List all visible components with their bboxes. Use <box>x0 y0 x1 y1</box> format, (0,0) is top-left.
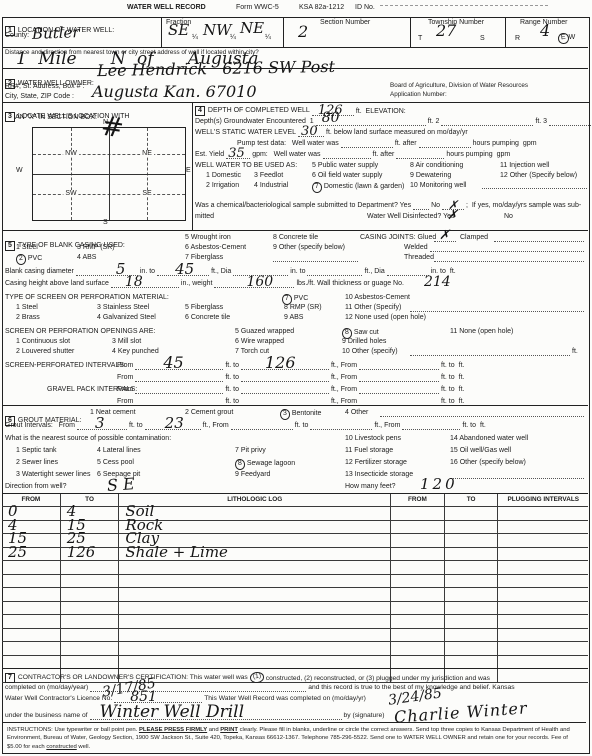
ft-from-label: ft., From <box>331 386 357 394</box>
option-contam-other: 16 Other (specify below) <box>450 459 526 467</box>
option-number: 3 <box>77 244 81 252</box>
table-row: 25126Shale + Lime <box>2 548 588 562</box>
table-cell <box>2 642 61 655</box>
gauge-number-handwritten: 214 <box>424 275 451 289</box>
table-cell <box>119 561 391 574</box>
option-livestock-pens: 10 Livestock pens <box>345 435 401 443</box>
table-cell: 126 <box>61 548 120 561</box>
blank-line <box>359 362 439 370</box>
quarter-symbol: ¼ <box>192 34 198 42</box>
table-cell <box>61 602 120 615</box>
completed-on-label: completed on (mo/day/year) <box>5 684 88 692</box>
option-number: 4 <box>97 447 101 455</box>
blank-line <box>387 268 429 276</box>
table-cell: 25 <box>2 548 61 561</box>
option-none-used-open-hole: 12 None used (open hole) <box>345 314 426 322</box>
option-number: 4 <box>112 348 116 356</box>
disinfected-no-label: No <box>504 213 513 221</box>
option-screen-rmp: 8 RMP (SR) <box>284 304 322 312</box>
option-number: 2 <box>16 459 20 467</box>
blank-line <box>310 422 372 430</box>
quadrant-nw-label: NW <box>63 150 79 157</box>
option-number: 1 <box>16 244 20 252</box>
compass-east-label: E <box>186 167 191 175</box>
disinfected-x-mark-handwritten: ✗ <box>447 209 458 222</box>
lithologic-table: FROMTOLITHOLOGIC LOGFROMTOPLUGGING INTER… <box>2 493 588 683</box>
water-well-record-form: WATER WELL RECORD Form WWC-5 KSA 82a-121… <box>0 0 592 756</box>
glued-blank <box>434 241 456 242</box>
direction-from-well-label: Direction from well? <box>5 483 66 491</box>
static-water-level-handwritten: 30 <box>301 125 318 138</box>
constructed-emphasis: constructed <box>46 744 76 750</box>
option-number: 4 <box>97 314 101 322</box>
from-label: From <box>117 386 133 394</box>
option-irrigation: 2 Irrigation <box>206 182 239 190</box>
table-header-row: FROMTOLITHOLOGIC LOGFROMTOPLUGGING INTER… <box>2 494 588 507</box>
quadrant-se-label: SE <box>140 190 153 197</box>
direction-handwritten: S E <box>106 476 135 494</box>
owner-name-handwritten: Lee Hendrick 6216 SW Post <box>97 59 335 79</box>
in-to-label: in. to <box>290 268 305 276</box>
section-number-handwritten: 2 <box>298 24 308 40</box>
option-number: 7 <box>235 348 239 356</box>
ft-after-label: ft. after <box>395 140 417 148</box>
option-number: 6 <box>235 338 239 346</box>
option-number: 8 <box>410 162 414 170</box>
option-stainless-steel: 3 Stainless Steel <box>97 304 149 312</box>
table-cell <box>391 507 445 520</box>
table-cell <box>498 575 588 588</box>
option-number: 6 <box>185 244 189 252</box>
no-label: No <box>431 202 440 210</box>
grout-other-blank <box>380 416 584 417</box>
screen-interval-to-handwritten: 126 <box>265 355 296 371</box>
range-prefix: R <box>515 35 520 43</box>
option-steel: 1 Steel <box>16 244 38 252</box>
table-cell <box>119 588 391 601</box>
option-air-conditioning: 8 Air conditioning <box>410 162 463 170</box>
option-number: 4 <box>77 254 81 262</box>
ft-to-label: ft. to <box>225 374 239 382</box>
option-openings-other: 10 Other (specify) <box>342 348 398 356</box>
ft-to-label: ft. to <box>129 422 143 430</box>
option-continuous-slot: 1 Continuous slot <box>16 338 70 346</box>
table-row <box>2 615 588 629</box>
divider <box>505 17 506 47</box>
table-cell <box>2 656 61 669</box>
table-cell <box>445 588 499 601</box>
option-monitoring-well: 10 Monitoring well <box>410 182 466 190</box>
clamped-label: Clamped <box>460 234 488 242</box>
option-number: 2 <box>16 348 20 356</box>
screen-other-blank <box>410 311 584 312</box>
other-casing-blank <box>273 261 358 262</box>
table-cell <box>391 629 445 642</box>
table-cell <box>445 575 499 588</box>
option-number: 12 <box>345 314 353 322</box>
table-cell <box>61 615 120 628</box>
fraction-2-handwritten: NW <box>203 23 232 38</box>
business-name-label: under the business name of <box>5 712 88 720</box>
gpm-label: gpm <box>523 140 537 148</box>
option-number: 1 <box>16 338 20 346</box>
option-screen-other: 11 Other (Specify) <box>345 304 401 312</box>
well-water-use-label: WELL WATER TO BE USED AS: <box>195 162 297 170</box>
table-cell <box>445 656 499 669</box>
option-number: 7 <box>235 447 239 455</box>
option-key-punched: 4 Key punched <box>112 348 159 356</box>
blank-line <box>482 188 587 189</box>
option-sewage-lagoon-circled: 8 Sewage lagoon <box>235 459 295 470</box>
option-watertight-sewer-lines: 3 Watertight sewer lines <box>16 471 90 479</box>
option-cess-pool: 5 Cess pool <box>97 459 134 467</box>
option-screen-asbestos-cement: 10 Asbestos-Cement <box>345 294 410 302</box>
option-rmp-sr: 3 RMP (SR) <box>77 244 115 252</box>
casing-section: 5TYPE OF BLANK CASING USED: 5 Wrought ir… <box>2 230 588 406</box>
casing-height-label: Casing height above land surface <box>5 280 109 288</box>
table-cell <box>2 602 61 615</box>
ft-from-label: ft., From <box>331 362 357 370</box>
blank-line <box>323 151 371 159</box>
table-row <box>2 642 588 656</box>
option-number: 3 <box>254 172 258 180</box>
option-number: 1 <box>16 304 20 312</box>
option-number: 12 <box>500 172 508 180</box>
table-cell <box>119 656 391 669</box>
option-number-circled: 3 <box>280 409 291 421</box>
option-number: 16 <box>450 459 458 467</box>
option-number: 8 <box>273 234 277 242</box>
threaded-label: Threaded <box>404 254 434 262</box>
option-number: 11 <box>500 162 507 170</box>
ft-label: ft. <box>459 374 465 382</box>
option-industrial: 4 Industrial <box>254 182 288 190</box>
option-number: 11 <box>345 304 352 312</box>
ft-label: ft. <box>459 362 465 370</box>
option-drilled-holes: 9 Drilled holes <box>342 338 386 346</box>
option-number: 2 <box>206 182 210 190</box>
township-suffix: S <box>480 35 485 43</box>
option-number: 3 <box>16 471 20 479</box>
option-number: 12 <box>345 459 353 467</box>
blank-line <box>241 386 329 394</box>
option-number: 6 <box>312 172 316 180</box>
table-cell <box>61 629 120 642</box>
yes-blank <box>413 202 429 210</box>
table-cell <box>61 656 120 669</box>
range-west: W <box>569 34 576 41</box>
threaded-blank <box>434 261 584 262</box>
option-pvc-circled: 2 PVC <box>16 254 42 265</box>
blank-line <box>419 140 471 148</box>
ft-to-label: ft. to <box>225 386 239 394</box>
township-value-handwritten: 27 <box>436 23 456 39</box>
blank-line <box>241 374 329 382</box>
option-mill-slot: 3 Mill slot <box>112 338 141 346</box>
log-column-header: FROM <box>391 494 445 506</box>
ft-to-label: ft. to <box>225 362 239 370</box>
locate-section: 3LOCATE WELL'S LOCATION WITH AN "X" IN S… <box>2 102 193 231</box>
location-row: 1LOCATION OF WATER WELL: County: Butler … <box>2 17 588 47</box>
elevation-label: ft. ELEVATION: <box>356 108 406 116</box>
contam-other-blank <box>450 478 584 479</box>
option-number: 5 <box>97 459 101 467</box>
pump-test-label: Pump test data: Well water was <box>237 140 339 148</box>
option-screen-concrete-tile: 6 Concrete tile <box>185 314 230 322</box>
option-number: 14 <box>450 435 458 443</box>
option-number: 11 <box>450 328 457 336</box>
table-cell <box>61 588 120 601</box>
quadrant-ne-label: NE <box>140 150 154 157</box>
table-row <box>2 588 588 602</box>
option-number: 5 <box>185 304 189 312</box>
option-number: 5 <box>312 162 316 170</box>
range-east-circled: E <box>557 32 569 44</box>
option-number: 3 <box>112 338 116 346</box>
option-feedyard: 9 Feedyard <box>235 471 270 479</box>
log-column-header: TO <box>445 494 499 506</box>
option-gauzed-wrapped: 5 Guazed wrapped <box>235 328 294 336</box>
option-abandoned-water-well: 14 Abandoned water well <box>450 435 528 443</box>
table-cell <box>391 548 445 561</box>
how-many-feet-label: How many feet? <box>345 483 396 491</box>
section-4-number: 4 <box>195 106 205 116</box>
table-cell <box>391 642 445 655</box>
option-wrought-iron: 5 Wrought iron <box>185 234 231 242</box>
casing-weight-handwritten: 160 <box>246 275 273 289</box>
option-number: 15 <box>450 447 458 455</box>
table-cell <box>391 588 445 601</box>
table-row <box>2 629 588 643</box>
option-number: 9 <box>342 338 346 346</box>
option-number: 6 <box>185 314 189 322</box>
table-cell <box>119 615 391 628</box>
sample-submitted-question: Was a chemical/bacteriological sample su… <box>195 202 411 210</box>
county-label: County: <box>5 32 29 40</box>
blank-line <box>396 151 444 159</box>
option-domestic-lawn-garden-circled: 7 Domestic (lawn & garden) <box>312 182 404 193</box>
ft-to-label: ft. to <box>441 386 455 394</box>
option-louvered-shutter: 2 Louvered shutter <box>16 348 74 356</box>
ft-from-label: ft., From <box>331 374 357 382</box>
blank-line <box>231 422 293 430</box>
table-cell <box>498 521 588 534</box>
owner-city-handwritten: Augusta Kan. 67010 <box>92 84 257 100</box>
option-number: 5 <box>185 234 189 242</box>
ft-2-label: ft. 2 <box>428 118 440 126</box>
table-cell <box>498 588 588 601</box>
option-number: 10 <box>342 348 350 356</box>
table-row <box>2 575 588 589</box>
blank-line <box>441 118 533 126</box>
quarter-symbol: ¼ <box>265 34 271 42</box>
blank-line <box>359 386 439 394</box>
ft-dia-label: ft., Dia <box>211 268 231 276</box>
table-row <box>2 602 588 616</box>
option-number: 1 <box>16 447 20 455</box>
table-cell: Rock <box>119 521 391 534</box>
option-screen-abs: 9 ABS <box>284 314 303 322</box>
table-cell <box>498 561 588 574</box>
business-name-handwritten: Winter Well Drill <box>100 704 244 721</box>
ft-to-label: ft. to <box>441 374 455 382</box>
table-cell <box>391 615 445 628</box>
feet-handwritten: 120 <box>420 477 458 492</box>
casing-joints-glued-label: CASING JOINTS: Glued <box>360 234 436 242</box>
table-row: 415Rock <box>2 521 588 535</box>
certification-section: 7CONTRACTOR'S OR LANDOWNER'S CERTIFICATI… <box>2 668 588 723</box>
ft-from-label: ft., From <box>203 422 229 430</box>
option-septic-tank: 1 Septic tank <box>16 447 56 455</box>
option-none-open-hole: 11 None (open hole) <box>450 328 513 336</box>
option-number: 10 <box>345 294 353 302</box>
table-cell <box>445 642 499 655</box>
table-cell <box>2 615 61 628</box>
section-3-number: 3 <box>5 112 15 122</box>
option-number: 9 <box>410 172 414 180</box>
table-cell <box>445 602 499 615</box>
form-title: WATER WELL RECORD <box>127 4 206 12</box>
option-oil-well-gas-well: 15 Oil well/Gas well <box>450 447 511 455</box>
log-value-handwritten: 126 <box>67 545 96 560</box>
option-other-use: 12 Other (Specify below) <box>500 172 577 180</box>
casing-height-handwritten: 18 <box>125 275 143 289</box>
openings-title: SCREEN OR PERFORATION OPENINGS ARE: <box>5 328 155 336</box>
range-value-handwritten: 4 <box>540 23 550 39</box>
est-yield-handwritten: 35 <box>228 147 245 160</box>
option-grout-other: 4 Other <box>345 409 368 417</box>
option-number: 10 <box>345 435 353 443</box>
groundwater-depth-handwritten: 80 <box>322 111 340 125</box>
well-location-mark-handwritten: # <box>99 113 125 143</box>
ft-3-label: ft. 3 <box>535 118 547 126</box>
divider <box>283 17 284 47</box>
option-number: 2 <box>185 409 189 417</box>
log-column-header: LITHOLOGIC LOG <box>119 494 391 506</box>
form-number: Form WWC-5 <box>236 4 279 12</box>
blank-line <box>307 268 362 276</box>
table-cell <box>498 548 588 561</box>
welded-blank <box>430 251 584 252</box>
table-cell <box>498 615 588 628</box>
ft-label: ft. <box>480 422 486 430</box>
gpm-label: gpm <box>497 151 511 159</box>
fraction-1-handwritten: SE <box>168 23 189 38</box>
id-number-label: ID No. <box>355 4 375 12</box>
option-number: 11 <box>345 447 352 455</box>
option-number: 1 <box>90 409 94 417</box>
table-cell <box>61 575 120 588</box>
blank-line <box>359 374 439 382</box>
ksa-statute: KSA 82a-1212 <box>299 4 344 12</box>
option-number: 8 <box>284 304 288 312</box>
disinfected-question: Water Well Disinfected? Yes <box>367 213 455 221</box>
ft-from-label: ft., From <box>374 422 400 430</box>
table-cell <box>2 588 61 601</box>
option-injection-well: 11 Injection well <box>500 162 549 170</box>
table-cell <box>445 615 499 628</box>
grout-intervals-label: Grout Intervals: From <box>5 422 75 430</box>
option-sewer-lines: 2 Sewer lines <box>16 459 58 467</box>
option-fertilizer-storage: 12 Fertilizer storage <box>345 459 407 467</box>
screen-interval-from-handwritten: 45 <box>163 355 183 371</box>
screen-perforated-intervals-label: SCREEN-PERFORATED INTERVALS: <box>5 362 117 370</box>
table-cell <box>391 575 445 588</box>
ft-dia-label: ft., Dia <box>364 268 384 276</box>
grout-from-handwritten: 3 <box>95 416 105 431</box>
locate-title-line2: AN "X" IN SECTION BOX: <box>15 114 97 122</box>
divider <box>161 17 162 47</box>
table-cell <box>119 629 391 642</box>
fraction-3-handwritten: NE <box>240 21 264 36</box>
instructions-text: well. <box>77 744 90 750</box>
section-location-box: NW NE SW SE # <box>32 127 186 221</box>
table-cell <box>445 548 499 561</box>
table-cell <box>391 521 445 534</box>
option-bentonite-circled: 3 Bentonite <box>280 409 321 420</box>
option-galvanized-steel: 4 Galvanized Steel <box>97 314 156 322</box>
table-cell <box>119 642 391 655</box>
option-lateral-lines: 4 Lateral lines <box>97 447 141 455</box>
option-wire-wrapped: 6 Wire wrapped <box>235 338 284 346</box>
casing-to-depth-handwritten: 45 <box>175 262 194 277</box>
option-brass: 2 Brass <box>16 314 40 322</box>
option-number-circled: 8 <box>235 459 246 471</box>
option-number-circled: 7 <box>312 182 323 194</box>
table-cell <box>498 602 588 615</box>
owner-city-label: City, State, ZIP Code : <box>5 93 74 101</box>
table-cell <box>61 642 120 655</box>
divider <box>410 17 411 47</box>
option-concrete-tile: 8 Concrete tile <box>273 234 318 242</box>
clamped-blank <box>494 241 584 242</box>
certification-line1-rest: constructed, (2) reconstructed, or (3) p… <box>264 675 490 683</box>
option-number: 13 <box>345 471 353 479</box>
contractor-license-label: Water Well Contractor's Licence No. <box>5 695 112 703</box>
option-number: 10 <box>410 182 418 190</box>
table-cell <box>445 534 499 547</box>
table-cell <box>445 507 499 520</box>
contamination-source-label: What is the nearest source of possible c… <box>5 435 171 443</box>
est-yield-label: Est. Yield <box>195 151 224 159</box>
section-7-number: 7 <box>5 673 15 683</box>
quadrant-sw-label: SW <box>63 190 78 197</box>
table-cell <box>391 561 445 574</box>
blank-casing-diameter-label: Blank casing diameter <box>5 268 74 276</box>
blank-line <box>341 140 393 148</box>
table-cell <box>2 575 61 588</box>
openings-other-blank <box>410 355 570 356</box>
section-number-label: Section Number <box>320 19 370 27</box>
hours-pumping-label: hours pumping <box>473 140 519 148</box>
welded-label: Welded <box>404 244 428 252</box>
option-insecticide-storage: 13 Insecticide storage <box>345 471 413 479</box>
ft-to-label: ft. to <box>441 362 455 370</box>
by-signature-label: by (signature) <box>344 712 385 720</box>
depth-of-well-label: DEPTH OF COMPLETED WELL <box>208 107 310 114</box>
mitted-continuation: mitted <box>195 213 214 221</box>
ft-to-label: ft. to <box>462 422 476 430</box>
option-feedlot: 3 Feedlot <box>254 172 283 180</box>
table-cell <box>498 656 588 669</box>
option-number-circled: 2 <box>16 254 27 266</box>
table-cell: Shale + Lime <box>119 548 391 561</box>
center-line-horizontal <box>33 174 185 175</box>
table-cell <box>2 629 61 642</box>
option-oil-field-water-supply: 6 Oil field water supply <box>312 172 382 180</box>
ft-to-label: ft. to <box>295 422 309 430</box>
application-number-label: Application Number: <box>390 92 447 99</box>
